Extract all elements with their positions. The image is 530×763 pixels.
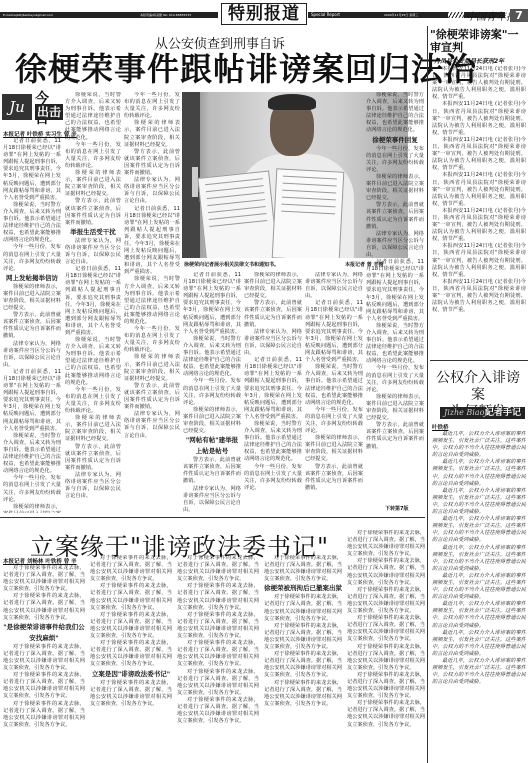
commentary-body: 最近几年，公权力介入诽谤案的事件频频发生，引发社会广泛关注。这些案件中，公权力的… xyxy=(432,431,526,763)
side-headline: "徐梗荣诽谤案"一审宣判 xyxy=(430,28,526,54)
today-badge: Ju 今日 出击 xyxy=(2,92,62,120)
lead-column-1: 记者日前获悉，11月18日徐梗荣已经以"诽谤罪"在网上发帖的一系列跟帖人提起刑事… xyxy=(3,138,61,513)
side-story-body: 本报西安11月24日电 (记者张丹)今日，陕西省丹凤县法院对"徐梗荣诽谤案"一审… xyxy=(432,66,526,356)
continued-note: 下转第7版 xyxy=(385,505,408,512)
second-column-1: 对于徐梗荣事件的来龙去脉，记者进行了深入调查。据了解，当地公安机关以涉嫌诽谤罪对… xyxy=(3,565,85,763)
badge-script: Ju xyxy=(2,94,32,120)
second-byline: 本报记者 刘畅林 叶铁桥 曾 辛 xyxy=(3,557,77,565)
lead-column-3: 今年一些月份，发布的消息在网上引发了大量关注，许多网友纷纷转载评论。徐梗荣的律师… xyxy=(124,92,180,513)
masthead-logo: 中国青年报 xyxy=(466,8,516,23)
section-title: 特别报道 xyxy=(221,3,307,25)
photo-document-right xyxy=(272,168,345,258)
lead-column-4: 记者日前获悉，11月18日徐梗荣已经以"诽谤罪"在网上发帖的一系列跟帖人提起刑事… xyxy=(183,272,241,513)
lead-column-2: 徐梗荣说，当时警方介入调查，后来又转为刑事自诉。他表示希望通过法律途径维护自己的… xyxy=(65,92,121,513)
label-text: 记者手记 xyxy=(485,407,521,419)
second-column-4: 对于徐梗荣事件的来龙去脉，记者进行了深入调查。据了解，当地公安机关以涉嫌诽谤罪对… xyxy=(264,555,342,763)
header-email: E-mail:wjzdkjbaobayukgmail.com xyxy=(3,12,53,18)
lead-column-7: 徐梗荣说，当时警方介入调查，后来又转为刑事自诉。他表示希望通过法律途径维护自己的… xyxy=(366,92,424,513)
reporter-notes-label: Jizhe Biaoji 记者手记 xyxy=(440,407,525,419)
lead-headline: 徐梗荣事件跟帖诽谤案回归法治 xyxy=(15,50,435,88)
commentary-author: 叶铁桥 xyxy=(432,423,449,431)
lead-column-6: 法律专家认为，网络诽谤案件应当区分公诉与自诉，以保障公民言论自由。记者日前获悉，… xyxy=(305,272,363,513)
header-date: 2009年11月25日 星期三 xyxy=(384,12,418,18)
column-rule xyxy=(427,26,428,763)
story-divider xyxy=(0,517,425,518)
section-title-en: Special Report xyxy=(311,12,340,18)
page-number: 7 xyxy=(510,9,528,22)
second-column-5: 对于徐梗荣事件的来龙去脉，记者进行了深入调查。据了解，当地公安机关以涉嫌诽谤罪对… xyxy=(347,530,425,763)
photo-caption: 徐梗荣向记者展示相关法律文书和通知书。 xyxy=(184,261,279,268)
commentary-title-line1: 公权介入诽谤案 xyxy=(430,370,526,404)
decorative-hatch xyxy=(448,12,464,18)
photo-document-left xyxy=(197,170,278,258)
header-editor: 本版责编/杨采薇 Tel: 010-65855533 xyxy=(140,12,191,18)
side-divider xyxy=(430,360,528,361)
badge-bottom: 出击 xyxy=(35,104,63,120)
lead-column-5: 徐梗荣的律师表示，案件目前已进入法院立案审查阶段，相关证据材料已经提交。警方表示… xyxy=(244,272,302,513)
side-subheadline: 丹凤县公安局局长获刑2年 xyxy=(434,56,504,65)
photo-person-hair xyxy=(268,94,316,110)
second-column-3: 对于徐梗荣事件的来龙去脉，记者进行了深入调查。据了解，当地公安机关以涉嫌诽谤罪对… xyxy=(177,555,259,763)
label-script: Jizhe Biaoji xyxy=(444,407,489,419)
second-column-2: 对于徐梗荣事件的来龙去脉，记者进行了深入调查。据了解，当地公安机关以涉嫌诽谤罪对… xyxy=(90,555,172,763)
